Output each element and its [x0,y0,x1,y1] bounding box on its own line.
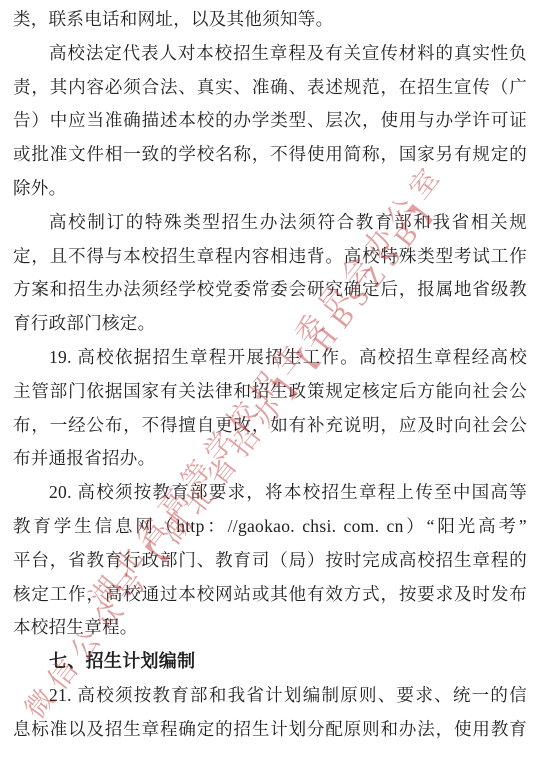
text-line: 高校法定代表人对本校招生章程及有关宣传材料的真实性负 [13,37,527,71]
text-line: 教育学生信息网（http：//gaokao. chsi. com. cn）“阳光… [13,510,527,544]
text-line: 21. 高校须按教育部和我省计划编制原则、要求、统一的信 [13,679,527,713]
document-page: 湖北省高等学校招生委员会办公室 微信公众号【湖北省招办】【HBSZSB】 类，联… [0,0,537,767]
document-content: 类，联系电话和网址，以及其他须知等。高校法定代表人对本校招生章程及有关宣传材料的… [13,3,527,747]
text-line: 责，其内容必须合法、真实、准确、表述规范，在招生宣传（广 [13,71,527,105]
text-line: 育行政部门核定。 [13,307,527,341]
text-line: 高校制订的特殊类型招生办法须符合教育部和我省相关规 [13,206,527,240]
text-line: 方案和招生办法须经学校党委常委会研究确定后，报属地省级教 [13,273,527,307]
text-line: 平台，省教育行政部门、教育司（局）按时完成高校招生章程的 [13,544,527,578]
text-line: 或批准文件相一致的学校名称，不得使用简称，国家另有规定的 [13,138,527,172]
text-line: 19. 高校依据招生章程开展招生工作。高校招生章程经高校 [13,341,527,375]
text-line: 布并通报省招办。 [13,442,527,476]
text-line: 本校招生章程。 [13,611,527,645]
text-line: 布，一经公布，不得擅自更改，如有补充说明，应及时向社会公 [13,409,527,443]
text-line: 告）中应当准确描述本校的办学类型、层次，使用与办学许可证 [13,104,527,138]
text-line: 定，且不得与本校招生章程内容相违背。高校特殊类型考试工作 [13,240,527,274]
text-line: 核定工作，高校通过本校网站或其他有效方式，按要求及时发布 [13,578,527,612]
text-line: 主管部门依据国家有关法律和招生政策规定核定后方能向社会公 [13,375,527,409]
text-line: 20. 高校须按教育部要求，将本校招生章程上传至中国高等 [13,476,527,510]
text-line: 息标准以及招生章程确定的招生计划分配原则和办法，使用教育 [13,713,527,747]
section-heading: 七、招生计划编制 [13,645,527,679]
text-line: 类，联系电话和网址，以及其他须知等。 [13,3,527,37]
text-line: 除外。 [13,172,527,206]
